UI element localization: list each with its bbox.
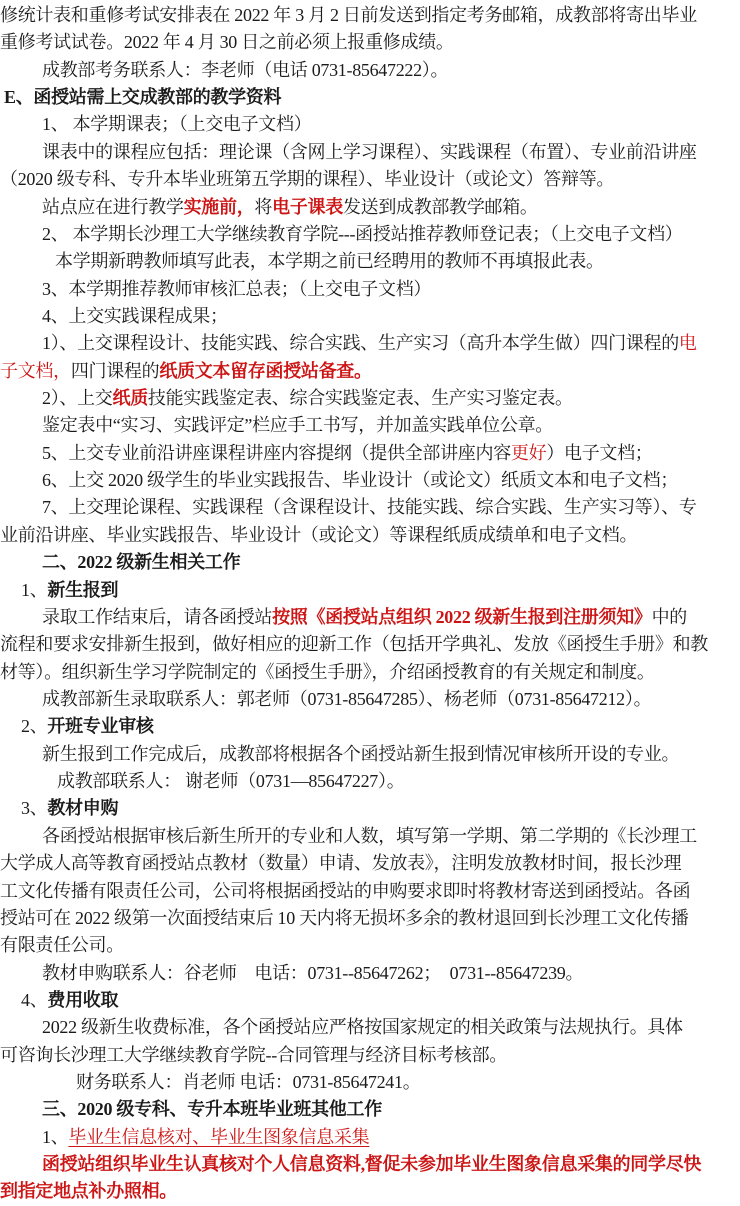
text-line: 4、上交实践课程成果；: [0, 303, 740, 330]
text-segment: 四门课程的: [71, 361, 160, 381]
text-line: 2022 级新生收费标准，各个函授站应严格按国家规定的相关政策与法规执行。具体: [0, 1014, 740, 1041]
text-segment: 各函授站根据审核后新生所开的专业和人数，填写第一学期、第二学期的《长沙理工: [42, 826, 697, 846]
text-segment: 站点应在进行教学: [42, 197, 184, 217]
text-segment: 7、上交理论课程、实践课程（含课程设计、技能实践、综合实践、生产实习等）、专: [42, 497, 697, 517]
text-segment: 三、2020 级专科、专升本班毕业班其他工作: [42, 1099, 382, 1119]
text-line: 到指定地点补办照相。: [0, 1178, 740, 1205]
text-segment: 教材申购联系人：谷老师 电话：0731--85647262； 0731--856…: [42, 963, 583, 983]
text-line: 站点应在进行教学实施前，将电子课表发送到成教部教学邮箱。: [0, 194, 740, 221]
text-segment: （2020 级专科、专升本毕业班第五学期的课程）、毕业设计（或论文）答辩等。: [0, 169, 614, 189]
text-line: 材等）。组织新生学习学院制定的《函授生手册》，介绍函授教育的有关规定和制度。: [0, 659, 740, 686]
text-segment: 授站可在 2022 级第一次面授结束后 10 天内将无损坏多余的教材退回到长沙理…: [0, 908, 689, 928]
text-line: 2、 本学期长沙理工大学继续教育学院---函授站推荐教师登记表；（上交电子文档）: [0, 221, 740, 248]
text-segment: 成教部考务联系人：李老师（电话 0731-85647222）。: [42, 60, 448, 80]
text-segment: 纸质: [113, 388, 148, 408]
text-segment: 二、2022 级新生相关工作: [42, 552, 240, 572]
text-segment: 2、: [21, 716, 47, 736]
text-segment: 中的: [652, 607, 687, 627]
text-line: E、函授站需上交成教部的教学资料: [0, 84, 740, 111]
text-line: 1、新生报到: [0, 577, 740, 604]
text-segment: 2022 级新生收费标准，各个函授站应严格按国家规定的相关政策与法规执行。具体: [42, 1017, 683, 1037]
text-segment: 有限责任公司。: [0, 935, 124, 955]
text-segment: 毕业生信息核对、毕业生图象信息采集: [68, 1127, 369, 1147]
text-segment: 录取工作结束后，请各函授站: [42, 607, 272, 627]
text-segment: 将: [254, 197, 272, 217]
text-line: 课表中的课程应包括：理论课（含网上学习课程）、实践课程（布置）、专业前沿讲座: [0, 139, 740, 166]
text-line: 本学期新聘教师填写此表，本学期之前已经聘用的教师不再填报此表。: [0, 248, 740, 275]
text-segment: 本学期新聘教师填写此表，本学期之前已经聘用的教师不再填报此表。: [55, 251, 604, 271]
text-line: 4、费用收取: [0, 987, 740, 1014]
text-line: 7、上交理论课程、实践课程（含课程设计、技能实践、综合实践、生产实习等）、专: [0, 494, 740, 521]
text-segment: 1、 本学期课表；（上交电子文档）: [42, 114, 311, 134]
text-segment: 修统计表和重修考试安排表在 2022 年 3 月 2 日前发送到指定考务邮箱，成…: [0, 5, 697, 25]
text-segment: 教材申购: [47, 798, 118, 818]
text-segment: 鉴定表中“实习、实践评定”栏应手工书写，并加盖实践单位公章。: [42, 415, 553, 435]
text-line: 财务联系人：肖老师 电话：0731-85647241。: [0, 1069, 740, 1096]
text-line: 教材申购联系人：谷老师 电话：0731--85647262； 0731--856…: [0, 960, 740, 987]
text-line: 新生报到工作完成后，成教部将根据各个函授站新生报到情况审核所开设的专业。: [0, 741, 740, 768]
text-line: 成教部联系人： 谢老师（0731—85647227）。: [0, 768, 740, 795]
text-line: 5、上交专业前沿讲座课程讲座内容提纲（提供全部讲座内容更好）电子文档；: [0, 440, 740, 467]
text-segment: 电子课表: [272, 197, 343, 217]
text-segment: 4、上交实践课程成果；: [42, 306, 228, 326]
text-line: 三、2020 级专科、专升本班毕业班其他工作: [0, 1096, 740, 1123]
text-segment: 1）、上交课程设计、技能实践、综合实践、生产实习（高升本学生做）四门课程的: [42, 333, 679, 353]
text-segment: 业前沿讲座、毕业实践报告、毕业设计（或论文）等课程纸质成绩单和电子文档。: [0, 525, 637, 545]
text-line: 业前沿讲座、毕业实践报告、毕业设计（或论文）等课程纸质成绩单和电子文档。: [0, 522, 740, 549]
text-line: 修统计表和重修考试安排表在 2022 年 3 月 2 日前发送到指定考务邮箱，成…: [0, 2, 740, 29]
text-segment: 重修考试试卷。2022 年 4 月 30 日之前必须上报重修成绩。: [0, 32, 454, 52]
text-segment: 材等）。组织新生学习学院制定的《函授生手册》，介绍函授教育的有关规定和制度。: [0, 662, 655, 682]
text-segment: 更好: [511, 443, 546, 463]
text-segment: 可咨询长沙理工大学继续教育学院--合同管理与经济目标考核部。: [0, 1045, 507, 1065]
text-line: 录取工作结束后，请各函授站按照《函授站点组织 2022 级新生报到注册须知》中的: [0, 604, 740, 631]
text-segment: 子文档，: [0, 361, 71, 381]
text-line: 可咨询长沙理工大学继续教育学院--合同管理与经济目标考核部。: [0, 1042, 740, 1069]
text-segment: 新生报到: [47, 580, 118, 600]
text-segment: 电: [679, 333, 697, 353]
text-line: 重修考试试卷。2022 年 4 月 30 日之前必须上报重修成绩。: [0, 29, 740, 56]
text-line: 1、毕业生信息核对、毕业生图象信息采集: [0, 1124, 740, 1151]
text-segment: 2、 本学期长沙理工大学继续教育学院---函授站推荐教师登记表；（上交电子文档）: [42, 224, 682, 244]
text-segment: 工文化传播有限责任公司，公司将根据函授站的申购要求即时将教材寄送到函授站。各函: [0, 881, 690, 901]
text-segment: 6、上交 2020 级学生的毕业实践报告、毕业设计（或论文）纸质文本和电子文档；: [42, 470, 678, 490]
text-segment: 费用收取: [47, 990, 118, 1010]
text-segment: 新生报到工作完成后，成教部将根据各个函授站新生报到情况审核所开设的专业。: [42, 744, 679, 764]
text-segment: 4、: [21, 990, 47, 1010]
text-segment: 大学成人高等教育函授站点教材（数量）申请、发放表》，注明发放教材时间，报长沙理: [0, 853, 681, 873]
text-segment: 2）、上交: [42, 388, 113, 408]
text-segment: 实施前，: [184, 197, 255, 217]
document-page: { "page": { "colors": { "background": "#…: [0, 0, 740, 1206]
text-line: 1）、上交课程设计、技能实践、综合实践、生产实习（高升本学生做）四门课程的电: [0, 330, 740, 357]
text-line: 鉴定表中“实习、实践评定”栏应手工书写，并加盖实践单位公章。: [0, 412, 740, 439]
text-segment: 技能实践鉴定表、综合实践鉴定表、生产实习鉴定表。: [148, 388, 573, 408]
text-segment: 到指定地点补办照相。: [0, 1181, 177, 1201]
text-line: 3、本学期推荐教师审核汇总表；（上交电子文档）: [0, 276, 740, 303]
text-segment: 3、本学期推荐教师审核汇总表；（上交电子文档）: [42, 279, 431, 299]
text-line: 2、开班专业审核: [0, 713, 740, 740]
text-segment: 流程和要求安排新生报到，做好相应的迎新工作（包括开学典礼、发放《函授生手册》和教: [0, 634, 708, 654]
text-segment: 发送到成教部教学邮箱。: [343, 197, 538, 217]
text-segment: 5、上交专业前沿讲座课程讲座内容提纲（提供全部讲座内容: [42, 443, 511, 463]
text-line: 函授站组织毕业生认真核对个人信息资料,督促未参加毕业生图象信息采集的同学尽快: [0, 1151, 740, 1178]
text-segment: E、函授站需上交成教部的教学资料: [4, 87, 281, 107]
text-line: 1、 本学期课表；（上交电子文档）: [0, 111, 740, 138]
text-line: 3、教材申购: [0, 795, 740, 822]
text-line: 二、2022 级新生相关工作: [0, 549, 740, 576]
text-line: 有限责任公司。: [0, 932, 740, 959]
text-segment: 开班专业审核: [47, 716, 153, 736]
text-segment: 成教部新生录取联系人：郭老师（0731-85647285）、杨老师（0731-8…: [42, 689, 651, 709]
text-segment: 1、: [21, 580, 47, 600]
text-segment: 1、: [42, 1127, 68, 1147]
text-line: （2020 级专科、专升本毕业班第五学期的课程）、毕业设计（或论文）答辩等。: [0, 166, 740, 193]
text-line: 成教部新生录取联系人：郭老师（0731-85647285）、杨老师（0731-8…: [0, 686, 740, 713]
document-body: 修统计表和重修考试安排表在 2022 年 3 月 2 日前发送到指定考务邮箱，成…: [0, 0, 740, 1206]
text-line: 子文档，四门课程的纸质文本留存函授站备查。: [0, 358, 740, 385]
text-segment: 函授站组织毕业生认真核对个人信息资料,督促未参加毕业生图象信息采集的同学尽快: [42, 1154, 701, 1174]
text-segment: ）电子文档；: [546, 443, 652, 463]
text-line: 授站可在 2022 级第一次面授结束后 10 天内将无损坏多余的教材退回到长沙理…: [0, 905, 740, 932]
text-segment: 财务联系人：肖老师 电话：0731-85647241。: [76, 1072, 420, 1092]
text-segment: 3、: [21, 798, 47, 818]
text-line: 成教部考务联系人：李老师（电话 0731-85647222）。: [0, 57, 740, 84]
text-segment: 按照《函授站点组织 2022 级新生报到注册须知》: [272, 607, 652, 627]
text-line: 6、上交 2020 级学生的毕业实践报告、毕业设计（或论文）纸质文本和电子文档；: [0, 467, 740, 494]
text-segment: 成教部联系人： 谢老师（0731—85647227）。: [57, 771, 404, 791]
text-line: 2）、上交纸质技能实践鉴定表、综合实践鉴定表、生产实习鉴定表。: [0, 385, 740, 412]
text-line: 流程和要求安排新生报到，做好相应的迎新工作（包括开学典礼、发放《函授生手册》和教: [0, 631, 740, 658]
text-segment: 纸质文本留存函授站备查。: [159, 361, 371, 381]
text-segment: 课表中的课程应包括：理论课（含网上学习课程）、实践课程（布置）、专业前沿讲座: [42, 142, 697, 162]
text-line: 各函授站根据审核后新生所开的专业和人数，填写第一学期、第二学期的《长沙理工: [0, 823, 740, 850]
text-line: 工文化传播有限责任公司，公司将根据函授站的申购要求即时将教材寄送到函授站。各函: [0, 878, 740, 905]
text-line: 大学成人高等教育函授站点教材（数量）申请、发放表》，注明发放教材时间，报长沙理: [0, 850, 740, 877]
